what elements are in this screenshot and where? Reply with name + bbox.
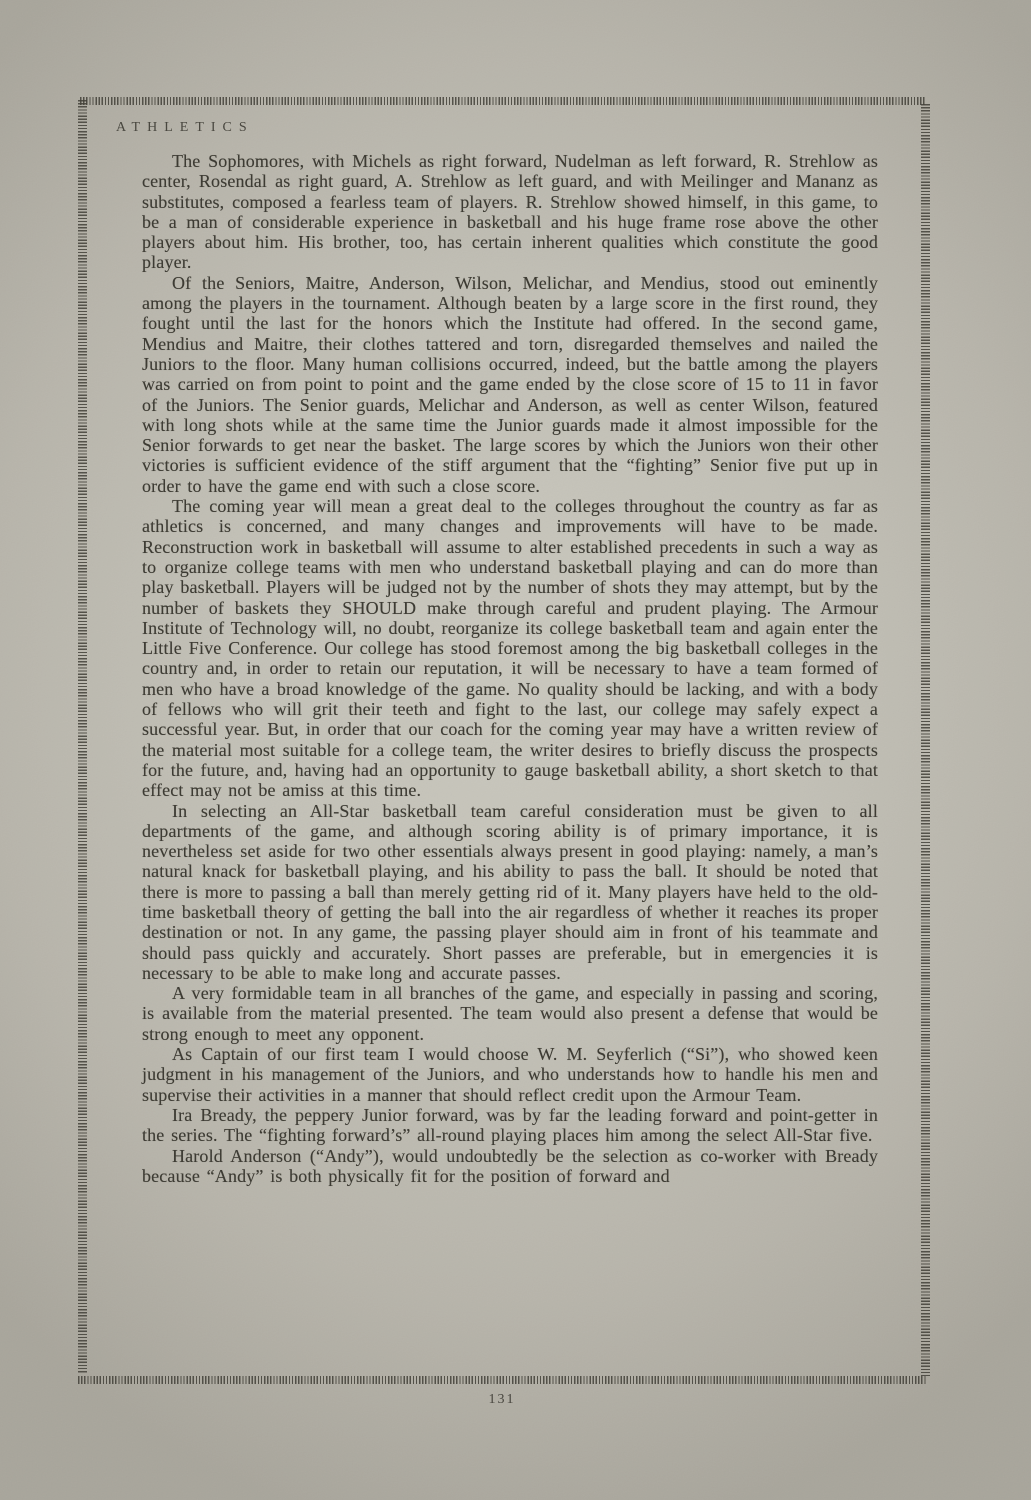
article-text: The Sophomores, with Michels as right fo… — [142, 151, 878, 1186]
frame-border-bottom — [78, 1376, 926, 1384]
paragraph-captain-seyferlich: As Captain of our first team I would cho… — [142, 1044, 878, 1105]
page-number: 131 — [78, 1392, 926, 1408]
section-header: ATHLETICS — [116, 120, 254, 136]
paragraph-coming-year: The coming year will mean a great deal t… — [142, 496, 878, 800]
paragraph-sophomores: The Sophomores, with Michels as right fo… — [142, 151, 878, 273]
frame-border-left — [78, 100, 87, 1374]
frame-border-top — [80, 97, 925, 105]
paragraph-all-star-selection: In selecting an All-Star basketball team… — [142, 801, 878, 984]
paragraph-ira-bready: Ira Bready, the peppery Junior forward, … — [142, 1105, 878, 1146]
paragraph-formidable-team: A very formidable team in all branches o… — [142, 983, 878, 1044]
book-page: ATHLETICS The Sophomores, with Michels a… — [0, 0, 1031, 1500]
frame-border-right — [921, 104, 930, 1376]
paragraph-seniors: Of the Seniors, Maitre, Anderson, Wilson… — [142, 273, 878, 496]
paragraph-harold-anderson: Harold Anderson (“Andy”), would undoubte… — [142, 1146, 878, 1187]
